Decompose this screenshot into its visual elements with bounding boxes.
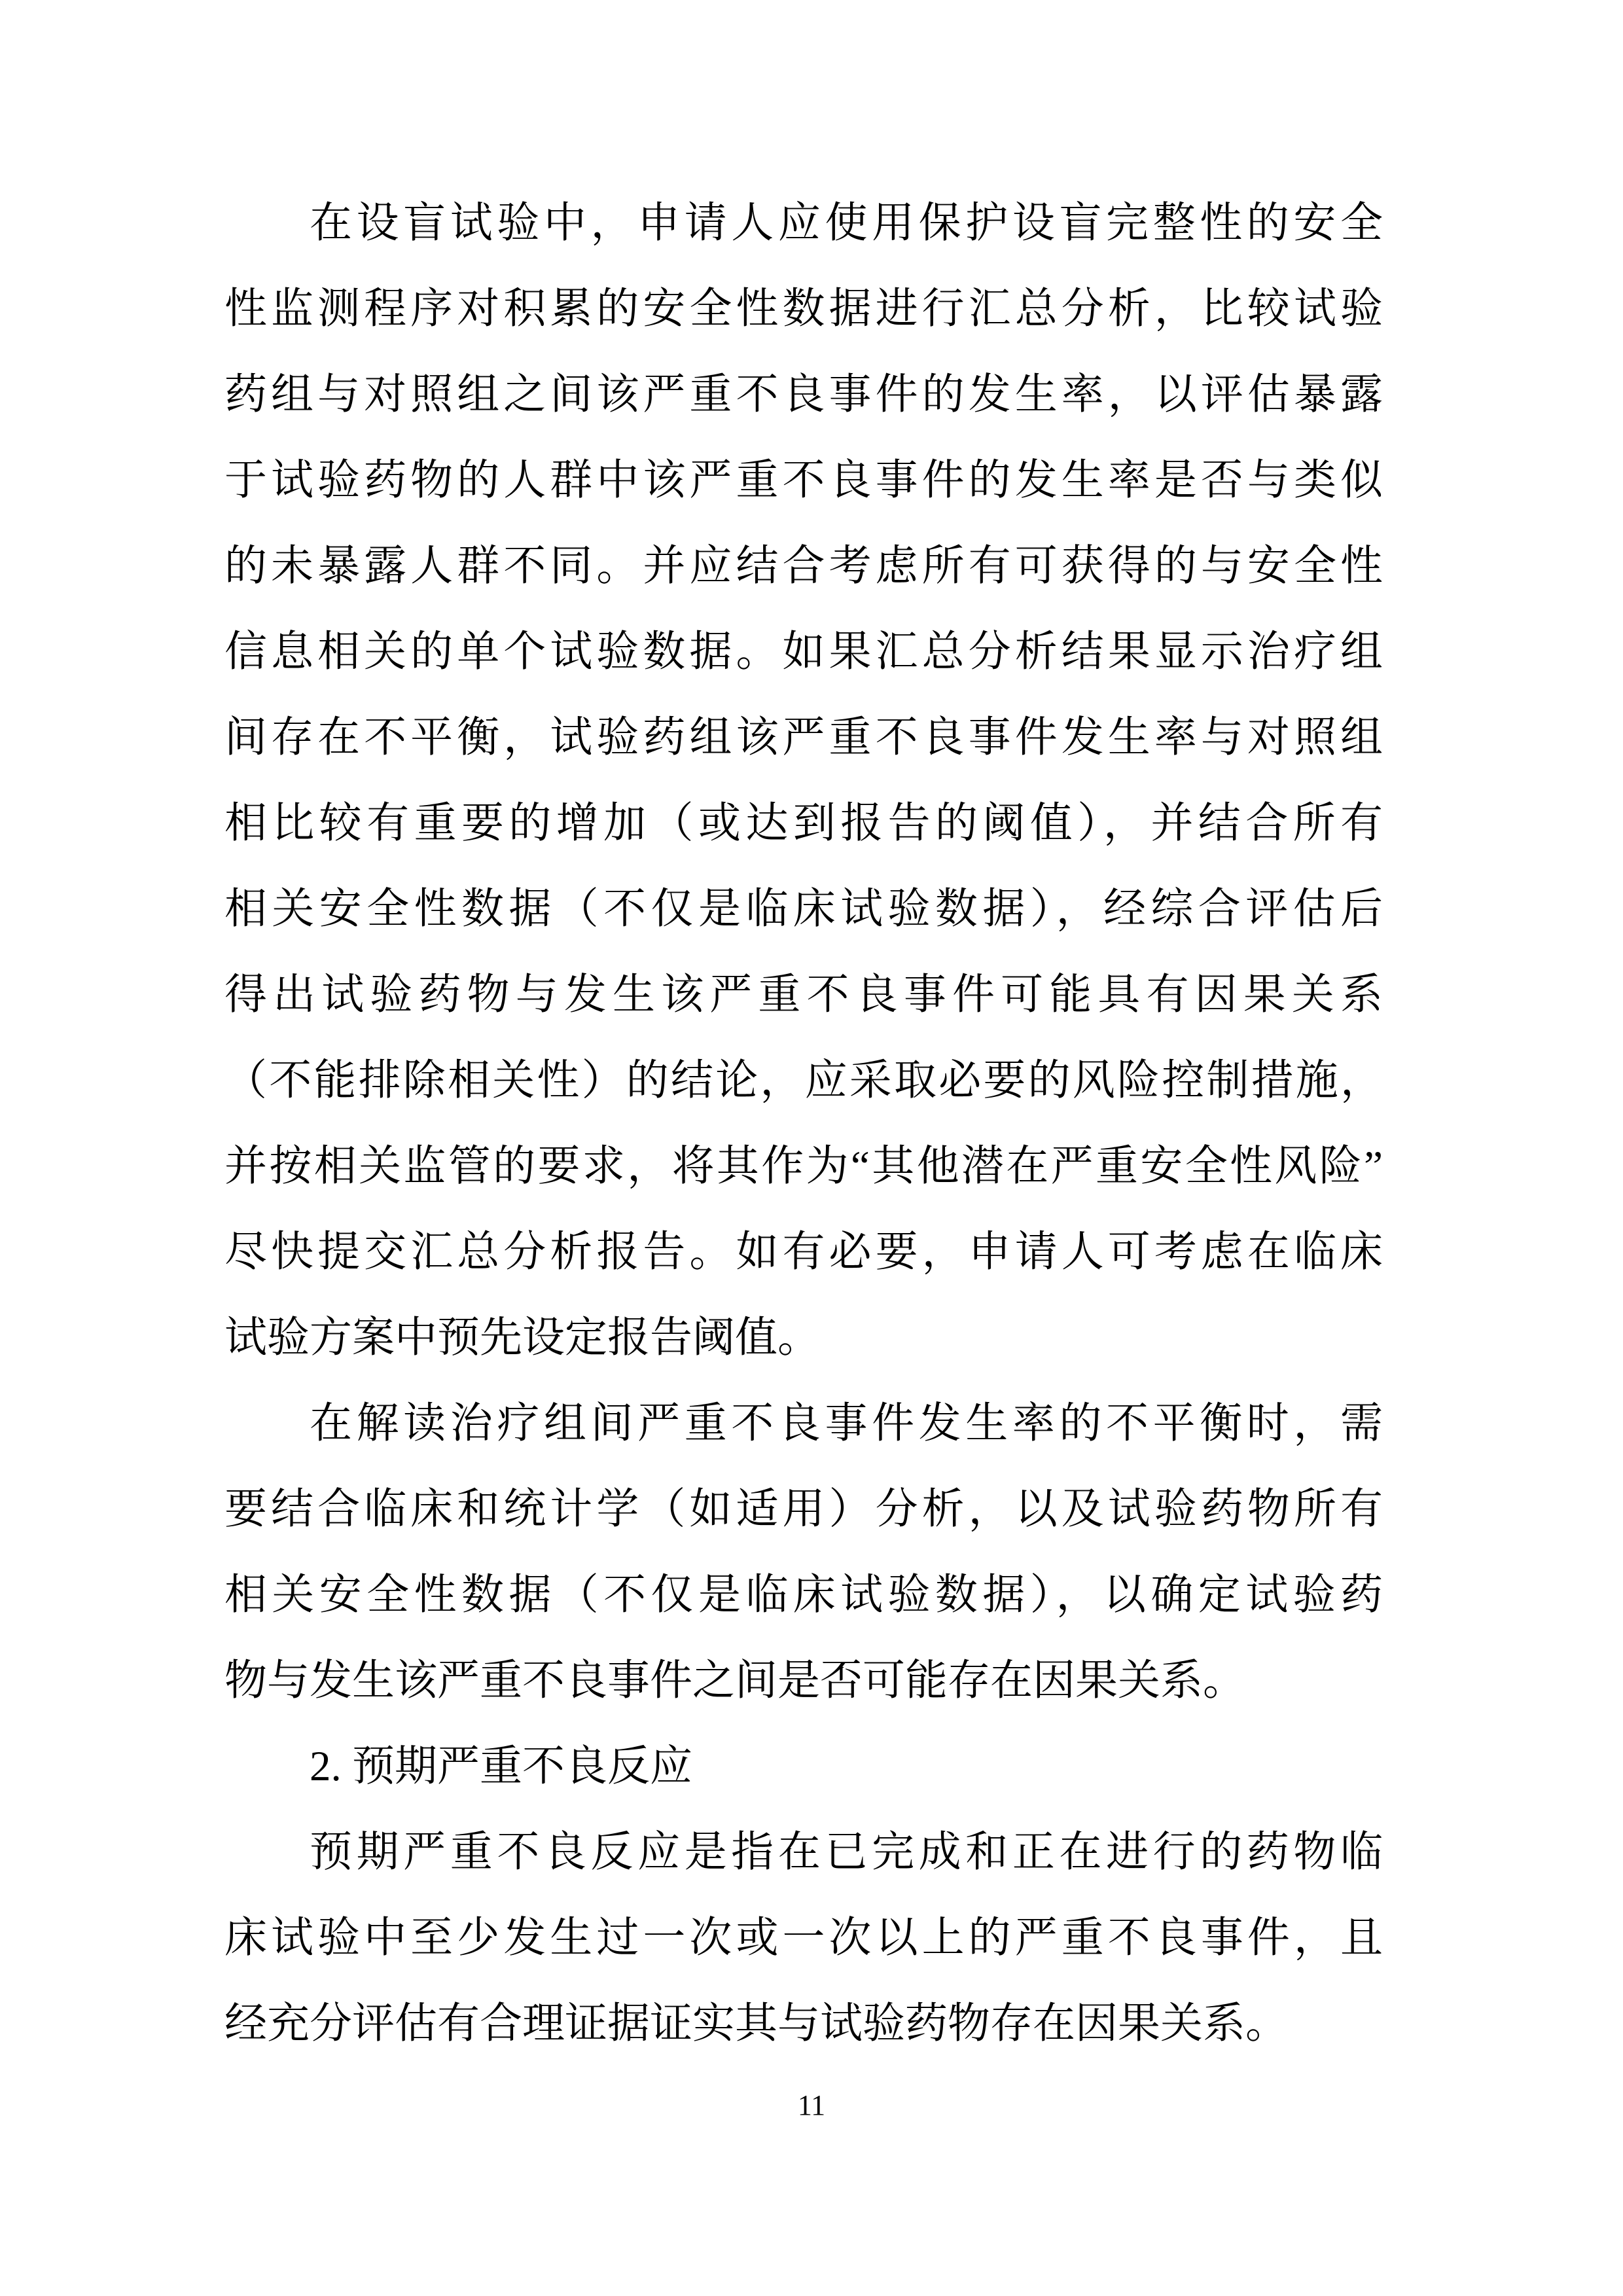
text-column: 在设盲试验中，申请人应使用保护设盲完整性的安全性监测程序对积累的安全性数据进行汇… xyxy=(224,181,1383,2067)
document-page: 在设盲试验中，申请人应使用保护设盲完整性的安全性监测程序对积累的安全性数据进行汇… xyxy=(0,0,1623,2296)
text-line: 经充分评估有合理证据证实其与试验药物存在因果关系。 xyxy=(224,1981,1383,2067)
text-line: 物与发生该严重不良事件之间是否可能存在因果关系。 xyxy=(224,1638,1383,1724)
text-line: 床试验中至少发生过一次或一次以上的严重不良事件，且 xyxy=(224,1895,1383,1981)
page-number: 11 xyxy=(0,2089,1623,2122)
text-line: 间存在不平衡，试验药组该严重不良事件发生率与对照组 xyxy=(224,695,1383,781)
text-line: 得出试验药物与发生该严重不良事件可能具有因果关系 xyxy=(224,952,1383,1038)
text-line: 预期严重不良反应是指在已完成和正在进行的药物临 xyxy=(224,1810,1383,1895)
text-line: 的未暴露人群不同。并应结合考虑所有可获得的与安全性 xyxy=(224,524,1383,609)
text-line: 相关安全性数据（不仅是临床试验数据），以确定试验药 xyxy=(224,1552,1383,1638)
text-line: 试验方案中预先设定报告阈值。 xyxy=(224,1295,1383,1381)
text-line: 相关安全性数据（不仅是临床试验数据），经综合评估后 xyxy=(224,867,1383,952)
text-line: 在解读治疗组间严重不良事件发生率的不平衡时，需 xyxy=(224,1381,1383,1467)
text-line: 并按相关监管的要求，将其作为“其他潜在严重安全性风险” xyxy=(224,1124,1383,1210)
text-line: 在设盲试验中，申请人应使用保护设盲完整性的安全 xyxy=(224,181,1383,266)
text-line: 性监测程序对积累的安全性数据进行汇总分析，比较试验 xyxy=(224,266,1383,352)
text-line: 药组与对照组之间该严重不良事件的发生率，以评估暴露 xyxy=(224,352,1383,438)
text-line: 2. 预期严重不良反应 xyxy=(224,1724,1383,1810)
text-line: 于试验药物的人群中该严重不良事件的发生率是否与类似 xyxy=(224,438,1383,524)
text-line: （不能排除相关性）的结论，应采取必要的风险控制措施， xyxy=(224,1038,1383,1124)
text-line: 尽快提交汇总分析报告。如有必要，申请人可考虑在临床 xyxy=(224,1210,1383,1295)
text-line: 信息相关的单个试验数据。如果汇总分析结果显示治疗组 xyxy=(224,609,1383,695)
text-line: 相比较有重要的增加（或达到报告的阈值），并结合所有 xyxy=(224,781,1383,867)
text-line: 要结合临床和统计学（如适用）分析，以及试验药物所有 xyxy=(224,1467,1383,1552)
